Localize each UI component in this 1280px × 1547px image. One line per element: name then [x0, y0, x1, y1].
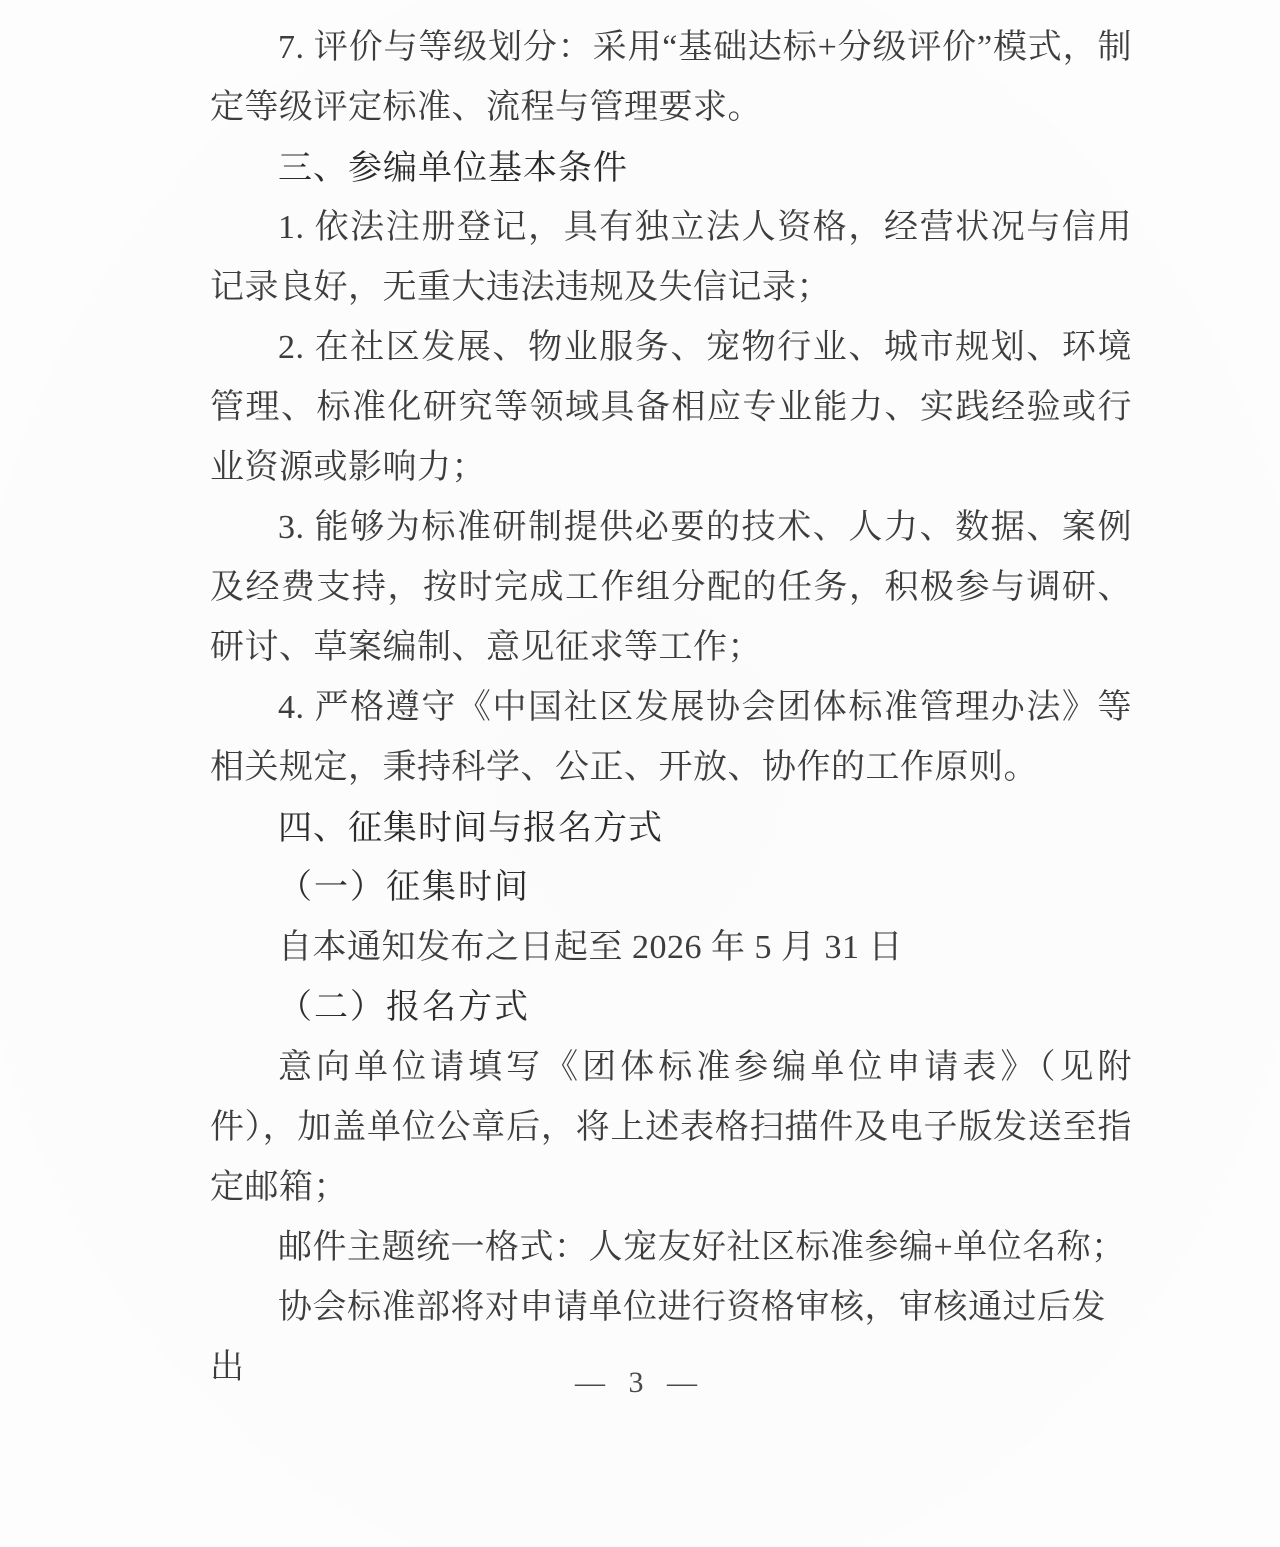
paragraph-item-7: 7. 评价与等级划分：采用“基础达标+分级评价”模式，制定等级评定标准、流程与管… — [210, 18, 1132, 138]
document-body: 7. 评价与等级划分：采用“基础达标+分级评价”模式，制定等级评定标准、流程与管… — [210, 18, 1132, 1398]
page-footer: — 3 — — [0, 1366, 1280, 1400]
condition-item-4: 4. 严格遵守《中国社区发展协会团体标准管理办法》等相关规定，秉持科学、公正、开… — [210, 678, 1132, 798]
condition-item-2: 2. 在社区发展、物业服务、宠物行业、城市规划、环境管理、标准化研究等领域具备相… — [210, 318, 1132, 498]
subsection-heading-collection-time: （一）征集时间 — [210, 858, 1132, 918]
condition-item-1: 1. 依法注册登记，具有独立法人资格，经营状况与信用记录良好，无重大违法违规及失… — [210, 198, 1132, 318]
registration-instructions-paragraph: 意向单位请填写《团体标准参编单位申请表》（见附件），加盖单位公章后，将上述表格扫… — [210, 1038, 1132, 1218]
page-number: — 3 — — [575, 1366, 705, 1399]
collection-time-text: 自本通知发布之日起至 2026 年 5 月 31 日 — [210, 918, 1132, 978]
document-page: 7. 评价与等级划分：采用“基础达标+分级评价”模式，制定等级评定标准、流程与管… — [0, 0, 1280, 1547]
condition-item-3: 3. 能够为标准研制提供必要的技术、人力、数据、案例及经费支持，按时完成工作组分… — [210, 498, 1132, 678]
subsection-heading-registration-method: （二）报名方式 — [210, 978, 1132, 1038]
section-heading-4-time-and-registration: 四、征集时间与报名方式 — [210, 798, 1132, 858]
section-heading-3-participant-conditions: 三、参编单位基本条件 — [210, 138, 1132, 198]
email-subject-format-paragraph: 邮件主题统一格式：人宠友好社区标准参编+单位名称； — [210, 1218, 1132, 1278]
